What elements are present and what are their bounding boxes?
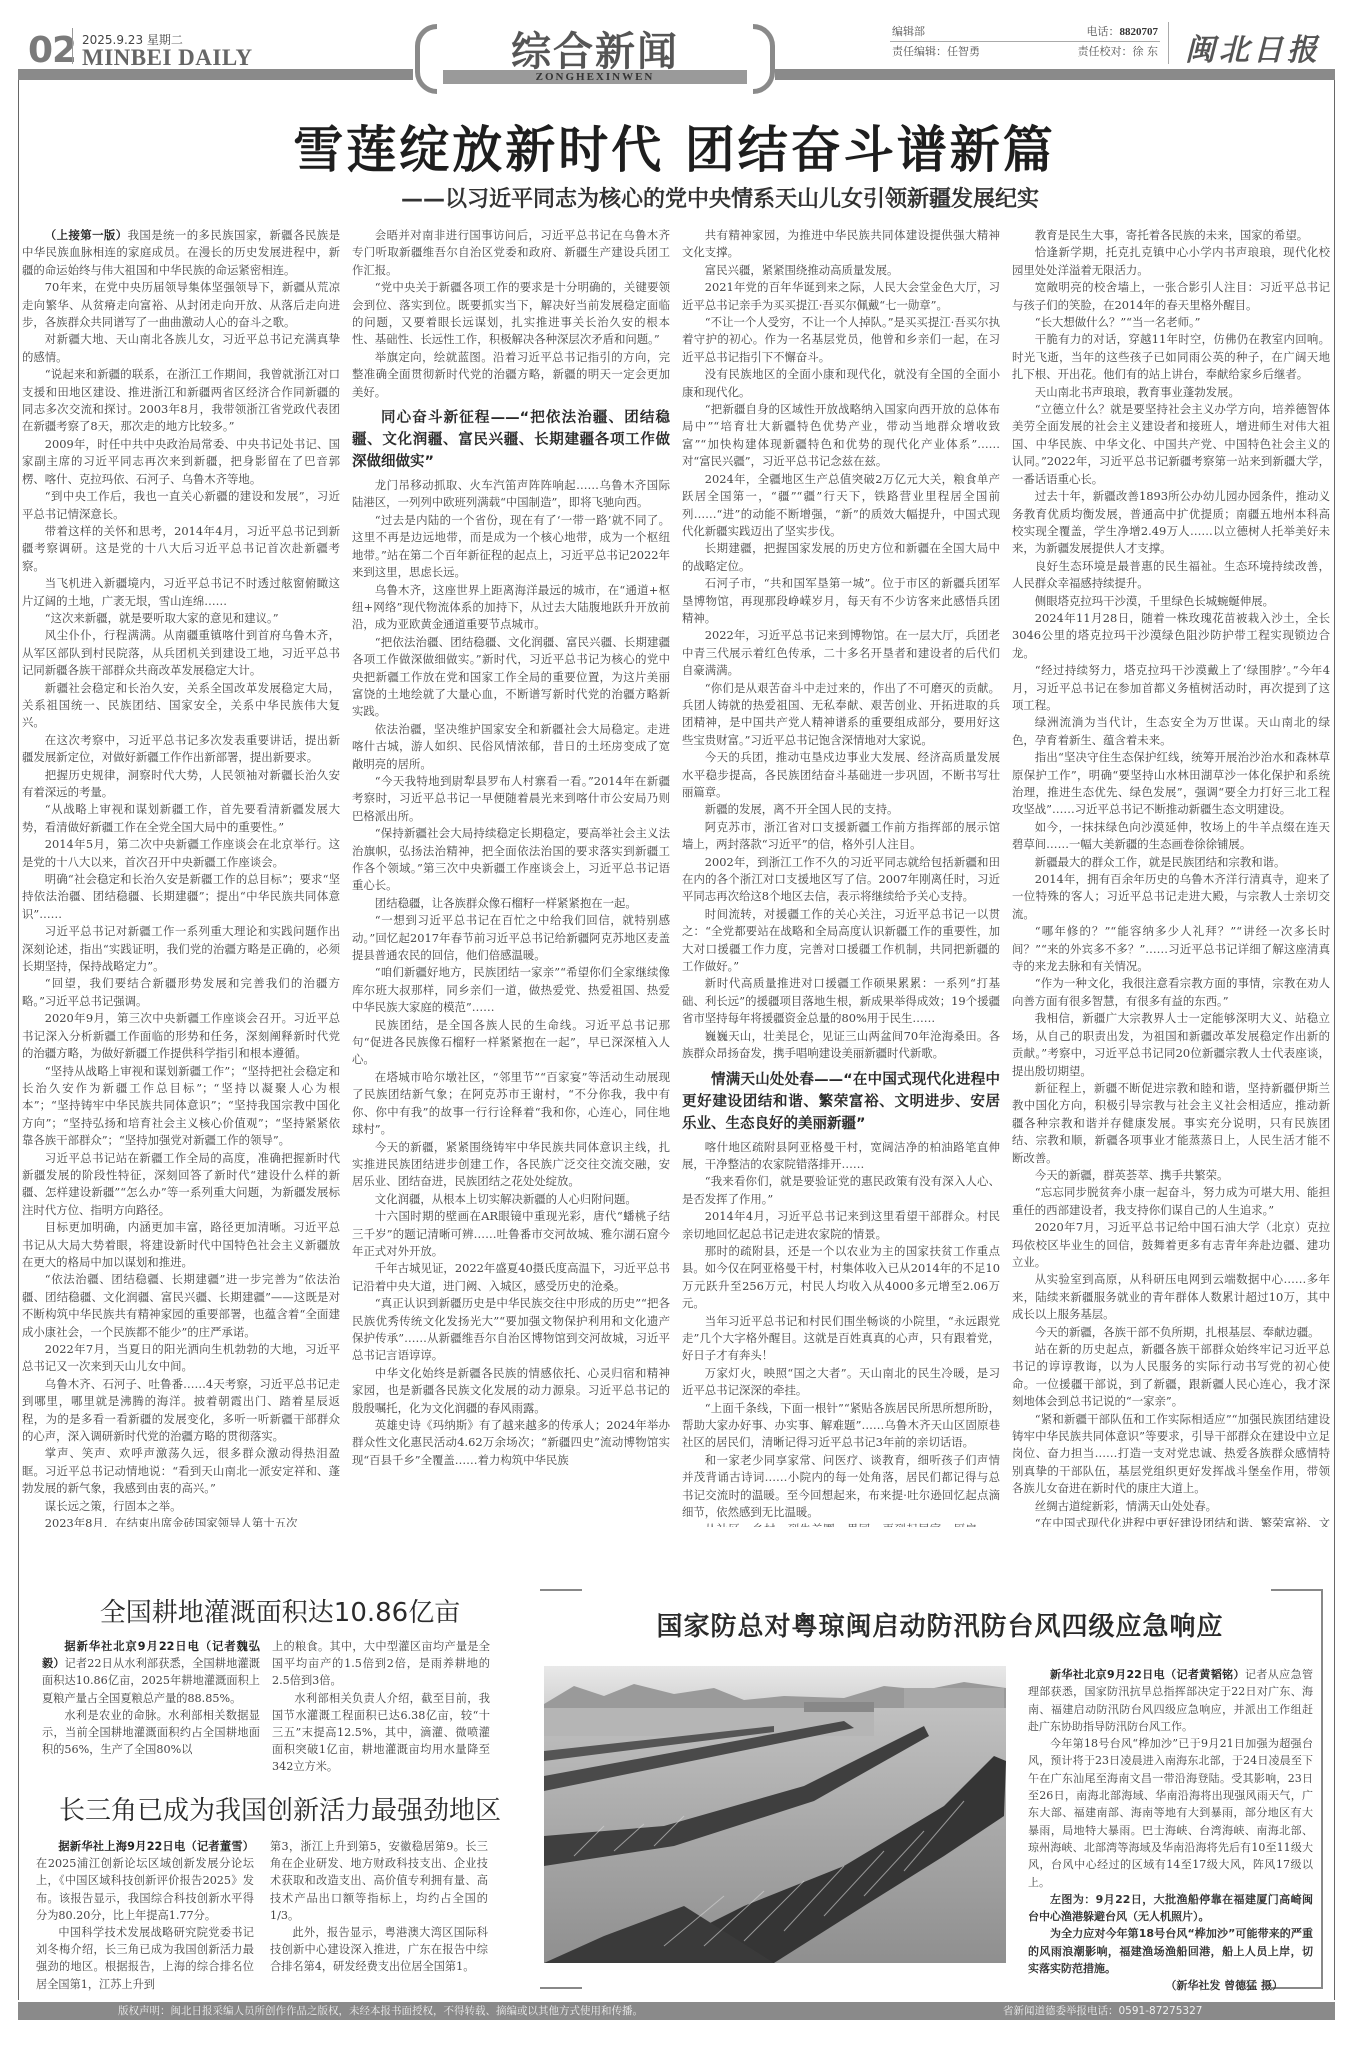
article-paragraph: “上面千条线，下面一根针”“紧贴各族居民所思所想所盼，帮助大家办好事、办实事、解… [682, 1400, 1000, 1452]
article-column-3: 共有精神家园，为推进中华民族共同体建设提供强大精神文化支撑。富民兴疆，紧紧围绕推… [682, 227, 1000, 1527]
article-paragraph: 2014年，拥有百余年历史的乌鲁木齐洋行清真寺，迎来了一位特殊的客人；习近平总书… [1012, 871, 1330, 923]
typhoon-dateline: 新华社北京9月22日电（记者黄韬铭） [1050, 1668, 1245, 1681]
article-paragraph: “保持新疆社会大局持续稳定长期稳定，要高举社会主义法治旗帜，弘扬法治精神，把全面… [352, 825, 670, 895]
article-paragraph: 今天的新疆，紧紧围绕铸牢中华民族共同体意识主线，扎实推进民族团结进步创建工作，各… [352, 1139, 670, 1191]
article-paragraph: “回望，我们要结合新疆形势发展和完善我们的治疆方略。”习近平总书记强调。 [22, 975, 340, 1010]
article-paragraph: “说起来和新疆的联系，在浙江工作期间，我曾就浙江对口支援和田地区建设、推进浙江和… [22, 366, 340, 436]
irrigation-lead-paragraph: 据新华社北京9月22日电（记者魏弘毅）记者22日从水利部获悉，全国耕地灌溉面积达… [42, 1638, 260, 1707]
main-headline: 雪莲绽放新时代 团结奋斗谱新篇 [0, 110, 1349, 182]
typhoon-lead-paragraph: 新华社北京9月22日电（记者黄韬铭）记者从应急管理部获悉，国家防汛抗旱总指挥部决… [1028, 1666, 1313, 1735]
article-paragraph: “把依法治疆、团结稳疆、文化润疆、富民兴疆、长期建疆各项工作做深做细做实。”新时… [352, 634, 670, 721]
article-paragraph: “不让一个人受穷，不让一个人掉队。”是买买提江·吾买尔执着守护的初心。作为一名基… [682, 314, 1000, 366]
article-paragraph: 明确“社会稳定和长治久安是新疆工作的总目标”；要求“坚持依法治疆、团结稳疆、长期… [22, 871, 340, 923]
article-paragraph: 当年习近平总书记和村民们围坐畅谈的小院里，“永远跟党走”几个大字格外醒目。这就是… [682, 1313, 1000, 1365]
yangtze-delta-paragraph: 此外，报告显示，粤港澳大湾区国际科技创新中心建设深入推进，广东在报告中综合排名第… [270, 1924, 488, 1976]
irrigation-paragraph: 上的粮食。其中，大中型灌区亩均产量是全国平均亩产的1.5倍到2倍，是雨养耕地的2… [272, 1638, 490, 1690]
paper-name-en: MINBEI DAILY [82, 45, 253, 71]
phone-number: 8820707 [1120, 26, 1159, 38]
article-paragraph: 万家灯火，映照“国之大者”。天山南北的民生冷暖，是习近平总书记深深的牵挂。 [682, 1365, 1000, 1400]
article-paragraph: “党中央关于新疆各项工作的要求是十分明确的，关键要领会到位、落实到位。既要抓实当… [352, 279, 670, 349]
article-paragraph: 2009年，时任中共中央政治局常委、中央书记处书记、国家副主席的习近平同志再次来… [22, 436, 340, 488]
article-paragraph: 英雄史诗《玛纳斯》有了越来越多的传承人；2024年举办群众性文化惠民活动4.62… [352, 1417, 670, 1469]
article-column-1: （上接第一版）我国是统一的多民族国家，新疆各民族是中华民族血脉相连的家庭成员。在… [22, 227, 340, 1527]
article-paragraph: 富民兴疆，紧紧围绕推动高质量发展。 [682, 262, 1000, 279]
article-paragraph: 带着这样的关怀和思考，2014年4月，习近平总书记到新疆考察调研。这是党的十八大… [22, 523, 340, 575]
yangtze-delta-column-2: 第3，浙江上升到第5，安徽稳居第9。长三角在企业研发、地方财政科技支出、企业技术… [270, 1838, 488, 1976]
article-paragraph: 举旗定向，绘就蓝图。沿着习近平总书记指引的方向，完整准确全面贯彻新时代党的治疆方… [352, 349, 670, 401]
article-paragraph: 指出“坚决守住生态保护红线，统筹开展治沙治水和森林草原保护工作”，明确“要坚持山… [1012, 749, 1330, 819]
typhoon-story-text: 新华社北京9月22日电（记者黄韬铭）记者从应急管理部获悉，国家防汛抗旱总指挥部决… [1028, 1666, 1313, 1995]
article-paragraph: “这次来新疆，就是要听取大家的意见和建议。” [22, 610, 340, 627]
article-paragraph: 十六国时期的壁画在AR眼镜中重现光彩，唐代“蟠桃子结三千岁”的题记清晰可辨……吐… [352, 1208, 670, 1260]
article-paragraph: “立德立什么？就是要坚持社会主义办学方向，培养德智体美劳全面发展的社会主义建设者… [1012, 401, 1330, 488]
article-paragraph: “在中国式现代化进程中更好建设团结和谐、繁荣富裕、文明进步、安居乐业、生态良好的… [1012, 1515, 1330, 1527]
report-hotline: 省新闻道德委举报电话：0591-87275327 [1003, 2002, 1202, 2020]
irrigation-column-1: 据新华社北京9月22日电（记者魏弘毅）记者22日从水利部获悉，全国耕地灌溉面积达… [42, 1638, 260, 1758]
editor-row-dept: 编辑部 电话：8820707 [890, 22, 1160, 42]
article-paragraph: 从实验室到高原，从科研压电网到云端数据中心……多年来，陆续来新疆服务就业的青年群… [1012, 1271, 1330, 1323]
section-title: 综合新闻 [445, 20, 745, 77]
masthead-bar-left [18, 69, 413, 80]
article-paragraph: 2014年5月，第二次中央新疆工作座谈会在北京举行。这是党的十八大以来，首次召开… [22, 836, 340, 871]
article-paragraph: “长大想做什么？”“当一名老师。” [1012, 314, 1330, 331]
article-paragraph: 新疆最大的群众工作，就是民族团结和宗教和谐。 [1012, 854, 1330, 871]
article-paragraph: 把握历史规律，洞察时代大势，人民领袖对新疆长治久安有着深远的考量。 [22, 767, 340, 802]
masthead-divider [72, 28, 73, 64]
article-paragraph: 乌鲁木齐，这座世界上距离海洋最远的城市，在“通道+枢纽+网络”现代物流体系的加持… [352, 582, 670, 634]
article-paragraph: 和一家老少同享家常、问医疗、谈教育，细听孩子们声情并茂背诵古诗词……小院内的每一… [682, 1452, 1000, 1522]
article-paragraph: 喀什地区疏附县阿亚格曼干村，宽阔洁净的柏油路笔直伸展，干净整洁的农家院错落排开…… [682, 1139, 1000, 1174]
box-right-border [1321, 1589, 1323, 1989]
article-paragraph: 目标更加明确，内涵更加丰富，路径更加清晰。习近平总书记从大局大势着眼，将建设新时… [22, 1219, 340, 1271]
article-paragraph: 新时代高质量推进对口援疆工作硕果累累：一系列“打基础、利长远”的援疆项目落地生根… [682, 975, 1000, 1027]
article-paragraph: 团结稳疆，让各族群众像石榴籽一样紧紧抱在一起。 [352, 895, 670, 912]
irrigation-paragraph: 水利是农业的命脉。水利部相关数据显示，当前全国耕地灌溉面积约占全国耕地面积的56… [42, 1707, 260, 1759]
article-paragraph: “你们是从艰苦奋斗中走过来的，作出了不可磨灭的贡献。兵团人铸就的热爱祖国、无私奉… [682, 680, 1000, 750]
section-subheading: 同心奋斗新征程——“把依法治疆、团结稳疆、文化润疆、富民兴疆、长期建疆各项工作做… [352, 407, 670, 473]
article-paragraph: “哪年修的？”“能容纳多少人礼拜？”“讲经一次多长时间？”“来的外宾多不多？”…… [1012, 923, 1330, 975]
article-paragraph: 在塔城市哈尔墩社区，“邻里节”“百家宴”等活动生动展现了民族团结新气象；在阿克苏… [352, 1069, 670, 1139]
article-paragraph: “把新疆自身的区域性开放战略纳入国家向西开放的总体布局中”“培育壮大新疆特色优势… [682, 401, 1000, 471]
editor-info: 编辑部 电话：8820707 责任编辑：任智勇 责任校对：徐 东 [890, 22, 1160, 62]
article-paragraph: 石河子市，“共和国军垦第一城”。位于市区的新疆兵团军垦博物馆，再现那段峥嵘岁月，… [682, 575, 1000, 627]
article-paragraph: 过去十年，新疆改善1893所公办幼儿园办园条件，推动义务教育优质均衡发展，普通高… [1012, 488, 1330, 558]
department-label: 编辑部 [892, 22, 925, 41]
irrigation-paragraph: 水利部相关负责人介绍，截至目前，我国节水灌溉工程面积已达6.38亿亩，较“十三五… [272, 1690, 490, 1776]
section-tab: 综合新闻 ZONGHEXINWEN [415, 20, 775, 80]
irrigation-story-title: 全国耕地灌溉面积达10.86亿亩 [20, 1592, 540, 1629]
article-paragraph: 没有民族地区的全面小康和现代化，就没有全国的全面小康和现代化。 [682, 366, 1000, 401]
editor-row-staff: 责任编辑：任智勇 责任校对：徐 东 [890, 42, 1160, 62]
paper-logo: 闽北日报 [1185, 25, 1321, 69]
article-column-4: 教育是民生大事，寄托着各民族的未来，国家的希望。恰逢新学期，托克扎克镇中心小学内… [1012, 227, 1330, 1527]
article-paragraph: 对新疆大地、天山南北各族儿女，习近平总书记充满真挚的感情。 [22, 331, 340, 366]
yangtze-delta-paragraph: 第3，浙江上升到第5，安徽稳居第9。长三角在企业研发、地方财政科技支出、企业技术… [270, 1838, 488, 1924]
article-paragraph: 习近平总书记站在新疆工作全局的高度，准确把握新时代新疆发展的阶段性特征，深刻回答… [22, 1150, 340, 1220]
article-paragraph: 2021年党的百年华诞到来之际，人民大会堂金色大厅，习近平总书记亲手为买买提江·… [682, 279, 1000, 314]
article-paragraph: 2022年7月，当夏日的阳光洒向生机勃勃的大地，习近平总书记又一次来到天山儿女中… [22, 1341, 340, 1376]
article-paragraph: 会晤并对南非进行国事访问后，习近平总书记在乌鲁木齐专门听取新疆维吾尔自治区党委和… [352, 227, 670, 279]
yangtze-delta-column-1: 据新华社上海9月22日电（记者董雪）在2025浦江创新论坛区域创新发展分论坛上，… [36, 1838, 254, 1993]
article-paragraph: 民族团结，是全国各族人民的生命线。习近平总书记那句“促进各民族像石榴籽一样紧紧抱… [352, 1017, 670, 1069]
article-paragraph: 中华文化始终是新疆各民族的情感依托、心灵归宿和精神家园，也是新疆各民族文化发展的… [352, 1365, 670, 1417]
article-paragraph: 今天的兵团，推动屯垦戍边事业大发展、经济高质量发展水平稳步提高，各民族团结奋斗基… [682, 749, 1000, 801]
article-paragraph: 站在新的历史起点，新疆各族干部群众始终牢记习近平总书记的谆谆教诲，以为人民服务的… [1012, 1341, 1330, 1411]
page-number: 02 [28, 30, 76, 71]
responsible-editor: 责任编辑：任智勇 [892, 42, 980, 62]
article-paragraph: 2020年9月，第三次中央新疆工作座谈会召开。习近平总书记深入分析新疆工作面临的… [22, 1010, 340, 1062]
article-paragraph: 龙门吊移动抓取、火车汽笛声阵阵响起……乌鲁木齐国际陆港区，一列列中欧班列满载“中… [352, 477, 670, 512]
article-paragraph: 新疆的发展，离不开全国人民的支持。 [682, 801, 1000, 818]
typhoon-paragraph: 今年第18号台风“桦加沙”已于9月21日加强为超强台风，预计将于23日凌晨进入南… [1028, 1735, 1313, 1891]
article-paragraph: “一想到习近平总书记在百忙之中给我们回信，就特别感动。”回忆起2017年春节前习… [352, 912, 670, 964]
article-paragraph: 2020年7月，习近平总书记给中国石油大学（北京）克拉玛依校区毕业生的回信，鼓舞… [1012, 1219, 1330, 1271]
article-paragraph: 新征程上，新疆不断促进宗教和睦和谐，坚持新疆伊斯兰教中国化方向，积极引导宗教与社… [1012, 1080, 1330, 1167]
photo-credit: （新华社发 曾德猛 摄） [1028, 1977, 1313, 1994]
article-column-2: 会晤并对南非进行国事访问后，习近平总书记在乌鲁木齐专门听取新疆维吾尔自治区党委和… [352, 227, 670, 1527]
article-paragraph: 侧眼塔克拉玛干沙漠，千里绿色长城蜿蜒伸展。 [1012, 593, 1330, 610]
irrigation-column-2: 上的粮食。其中，大中型灌区亩均产量是全国平均亩产的1.5倍到2倍，是雨养耕地的2… [272, 1638, 490, 1776]
main-subheadline: ——以习近平同志为核心的党中央情系天山儿女引领新疆发展纪实 [270, 182, 1170, 213]
article-paragraph: “真正认识到新疆历史是中华民族交往中形成的历史”“把各民族优秀传统文化发扬光大”… [352, 1295, 670, 1365]
article-paragraph: 习近平总书记对新疆工作一系列重大理论和实践问题作出深刻论述，指出“实践证明，我们… [22, 923, 340, 975]
article-paragraph: “到中央工作后，我也一直关心新疆的建设和发展”，习近平总书记情深意长。 [22, 488, 340, 523]
harbor-photo-illustration [544, 1666, 1006, 1963]
phone-info: 电话：8820707 [1087, 22, 1159, 41]
article-paragraph: 丝绸古道绽新彩，情满天山处处春。 [1012, 1498, 1330, 1515]
article-paragraph: 在这次考察中，习近平总书记多次发表重要讲话，提出新疆发展新定位，对做好新疆工作作… [22, 732, 340, 767]
photo-caption: 左图为：9月22日，大批渔船停靠在福建厦门高崎闽台中心渔港躲避台风（无人机照片）… [1028, 1891, 1313, 1926]
article-paragraph: “忘忘同步脱贫奔小康一起奋斗，努力成为可堪大用、能担重任的西部建设者，我支持你们… [1012, 1184, 1330, 1219]
article-paragraph: “依法治疆、团结稳疆、长期建疆”进一步完善为“依法治疆、团结稳疆、文化润疆、富民… [22, 1271, 340, 1341]
typhoon-story: 国家防总对粤琼闽启动防汛防台风四级应急响应 [540, 1578, 1323, 1993]
article-paragraph: 今天的新疆，群英荟萃、携手共繁荣。 [1012, 1167, 1330, 1184]
yangtze-delta-paragraph: 中国科学技术发展战略研究院党委书记刘冬梅介绍，长三角已成为我国创新活力最强劲的地… [36, 1924, 254, 1993]
article-paragraph: “今天我特地到尉犁县罗布人村寨看一看。”2014年在新疆考察时，习近平总书记一早… [352, 773, 670, 825]
article-paragraph: 当飞机进入新疆境内，习近平总书记不时透过舷窗俯瞰这片辽阔的土地，广袤无垠，雪山连… [22, 575, 340, 610]
article-paragraph: 从社区、乡村，到牛羊圈、果园，再到起居室、厨房……习近平总书记在新疆的足迹深入百… [682, 1521, 1000, 1527]
article-paragraph: 乌鲁木齐、石河子、吐鲁番……4天考察，习近平总书记走到哪里，哪里就是沸腾的海洋。… [22, 1376, 340, 1446]
article-paragraph: 我相信，新疆广大宗教界人士一定能够深明大义、站稳立场，从自己的职责出发，为祖国和… [1012, 1010, 1330, 1080]
article-paragraph: 掌声、笑声、欢呼声激荡久远，很多群众激动得热泪盈眶。习近平总书记动情地说：“看到… [22, 1445, 340, 1497]
article-paragraph: “从战略上审视和谋划新疆工作，首先要看清新疆发展大势，看清做好新疆工作在全党全国… [22, 801, 340, 836]
article-paragraph: 阿克苏市，浙江省对口支援新疆工作前方指挥部的展示馆墙上，两封落款“习近平”的信，… [682, 819, 1000, 854]
article-paragraph: 恰逢新学期，托克扎克镇中心小学内书声琅琅，现代化校园里处处洋溢着无限活力。 [1012, 244, 1330, 279]
yangtze-delta-lead-paragraph: 据新华社上海9月22日电（记者董雪）在2025浦江创新论坛区域创新发展分论坛上，… [36, 1838, 254, 1924]
article-paragraph: 依法治疆，坚决维护国家安全和新疆社会大局稳定。走进喀什古城，游人如织、民俗风情浓… [352, 721, 670, 773]
yangtze-delta-dateline: 据新华社上海9月22日电（记者董雪） [58, 1840, 254, 1853]
article-paragraph: 千年古城见证，2022年盛夏40摄氏度高温下，习近平总书记沿着中央大道，进门阙、… [352, 1260, 670, 1295]
article-paragraph: 70年来，在党中央历届领导集体坚强领导下，新疆从荒凉走向繁华、从贫瘠走向富裕、从… [22, 279, 340, 331]
section-subheading: 情满天山处处春——“在中国式现代化进程中更好建设团结和谐、繁荣富裕、文明进步、安… [682, 1069, 1000, 1135]
masthead: 02 2025.9.23 星期二 MINBEI DAILY 综合新闻 ZONGH… [0, 0, 1349, 80]
article-paragraph: 共有精神家园，为推进中华民族共同体建设提供强大精神文化支撑。 [682, 227, 1000, 262]
typhoon-story-title: 国家防总对粤琼闽启动防汛防台风四级应急响应 [580, 1606, 1300, 1643]
continued-from-label: （上接第一版） [45, 228, 128, 242]
article-paragraph: 2023年8月，在结束出席金砖国家领导人第十五次 [22, 1515, 340, 1527]
article-paragraph: 2024年11月28日，随着一株玫瑰花苗被栽入沙土，全长3046公里的塔克拉玛干… [1012, 610, 1330, 662]
article-paragraph: 教育是民生大事，寄托着各民族的未来，国家的希望。 [1012, 227, 1330, 244]
yangtze-delta-story-title: 长三角已成为我国创新活力最强劲地区 [20, 1790, 540, 1827]
article-paragraph: 新疆社会稳定和长治久安，关系全国改革发展稳定大局，关系祖国统一、民族团结、国家安… [22, 680, 340, 732]
footer-bar: 版权声明：闽北日报采编人员所创作作品之版权，未经本报书面授权，不得转载、摘编或以… [18, 2002, 1335, 2020]
box-corner-line [540, 1987, 582, 1989]
article-paragraph: “我来看你们，就是要验证党的惠民政策有没有深入人心、是否发挥了作用。” [682, 1173, 1000, 1208]
article-paragraph: “经过持续努力，塔克拉玛干沙漠戴上了‘绿围脖’。”今年4月，习近平总书记在参加首… [1012, 662, 1330, 714]
article-paragraph: 2002年，到浙江工作不久的习近平同志就给包括新疆和田在内的各个浙江对口支援地区… [682, 854, 1000, 906]
article-paragraph: 谋长远之策，行固本之举。 [22, 1498, 340, 1515]
photo-caption-extra: 为全力应对今年第18号台风“桦加沙”可能带来的严重的风雨浪潮影响，福建渔场渔船回… [1028, 1925, 1313, 1977]
article-paragraph: 文化润疆，从根本上切实解决新疆的人心归附问题。 [352, 1191, 670, 1208]
article-paragraph: 长期建疆，把握国家发展的历史方位和新疆在全国大局中的战略定位。 [682, 540, 1000, 575]
article-paragraph: 2022年，习近平总书记来到博物馆。在一层大厅，兵团老中青三代展示着红色传承，二… [682, 627, 1000, 679]
article-paragraph: “坚持从战略上审视和谋划新疆工作”；“坚持把社会稳定和长治久安作为新疆工作总目标… [22, 1063, 340, 1150]
irrigation-text: 记者22日从水利部获悉，全国耕地灌溉面积达10.86亿亩，2025年耕地灌溉面积… [42, 1657, 260, 1704]
article-paragraph: 风尘仆仆，行程满满。从南疆重镇喀什到首府乌鲁木齐，从军区部队到村民院落，从兵团机… [22, 627, 340, 679]
article-lead-paragraph: （上接第一版）我国是统一的多民族国家，新疆各民族是中华民族血脉相连的家庭成员。在… [22, 227, 340, 279]
editor-divider [1168, 22, 1169, 64]
article-paragraph: 那时的疏附县，还是一个以农业为主的国家扶贫工作重点县。如今仅在阿亚格曼干村，村集… [682, 1243, 1000, 1313]
article-paragraph: 今天的新疆，各族干部不负所期，扎根基层、奉献边疆。 [1012, 1324, 1330, 1341]
article-paragraph: 干脆有力的对话，穿越11年时空，仿佛仍在教室内回响。时光飞逝，当年的这些孩子已如… [1012, 331, 1330, 383]
masthead-bar-right [775, 69, 1335, 80]
article-paragraph: “作为一种文化，我很注意看宗教方面的事情，宗教在劝人向善方面有很多智慧，有很多有… [1012, 975, 1330, 1010]
article-paragraph: 2014年4月，习近平总书记来到这里看望干部群众。村民亲切地回忆起总书记走进农家… [682, 1208, 1000, 1243]
article-paragraph: 宽敞明亮的校舍墙上，一张合影引人注目：习近平总书记与孩子们的笑脸，在2014年的… [1012, 279, 1330, 314]
article-paragraph: 巍巍天山，壮美昆仑，见证三山两盆间70年沧海桑田。各族群众昂扬奋发，携手唱响建设… [682, 1028, 1000, 1063]
fishing-boats-photo [544, 1666, 1006, 1963]
yangtze-delta-text: 在2025浦江创新论坛区域创新发展分论坛上，《中国区域科技创新评价报告2025》… [36, 1857, 254, 1922]
copyright-notice: 版权声明：闽北日报采编人员所创作作品之版权，未经本报书面授权，不得转载、摘编或以… [118, 2002, 643, 2020]
phone-label: 电话： [1087, 25, 1120, 38]
box-corner-line [1271, 1589, 1323, 1591]
box-corner-line [540, 1589, 582, 1591]
article-paragraph: 良好生态环境是最普惠的民生福祉。生态环境持续改善，人民群众幸福感持续提升。 [1012, 558, 1330, 593]
article-paragraph: 2024年，全疆地区生产总值突破2万亿元大关，粮食单产跃居全国第一，“疆”“疆”… [682, 471, 1000, 541]
article-paragraph: 绿洲流淌为当代计，生态安全为万世谋。天山南北的绿色，孕育着新生、蕴含着未来。 [1012, 714, 1330, 749]
article-paragraph: 天山南北书声琅琅，教育事业蓬勃发展。 [1012, 384, 1330, 401]
article-paragraph: “咱们新疆好地方，民族团结一家亲”“希望你们全家继续像库尔班大叔那样，同乡亲们一… [352, 964, 670, 1016]
article-paragraph: “过去是内陆的一个省份，现在有了‘一带一路’就不同了。这里不再是边远地带，而是成… [352, 512, 670, 582]
main-article: （上接第一版）我国是统一的多民族国家，新疆各民族是中华民族血脉相连的家庭成员。在… [22, 227, 1330, 1527]
proofreader: 责任校对：徐 东 [1078, 42, 1159, 62]
article-paragraph: “紧和新疆干部队伍和工作实际相适应”“加强民族团结建设铸牢中华民族共同体意识”等… [1012, 1411, 1330, 1498]
article-paragraph: 时间流转，对援疆工作的关心关注，习近平总书记一以贯之：“全党都要站在战略和全局高… [682, 906, 1000, 976]
article-paragraph: 如今，一抹抹绿色向沙漠延伸，牧场上的牛羊点缀在连天碧草间……一幅大美新疆的生态画… [1012, 819, 1330, 854]
